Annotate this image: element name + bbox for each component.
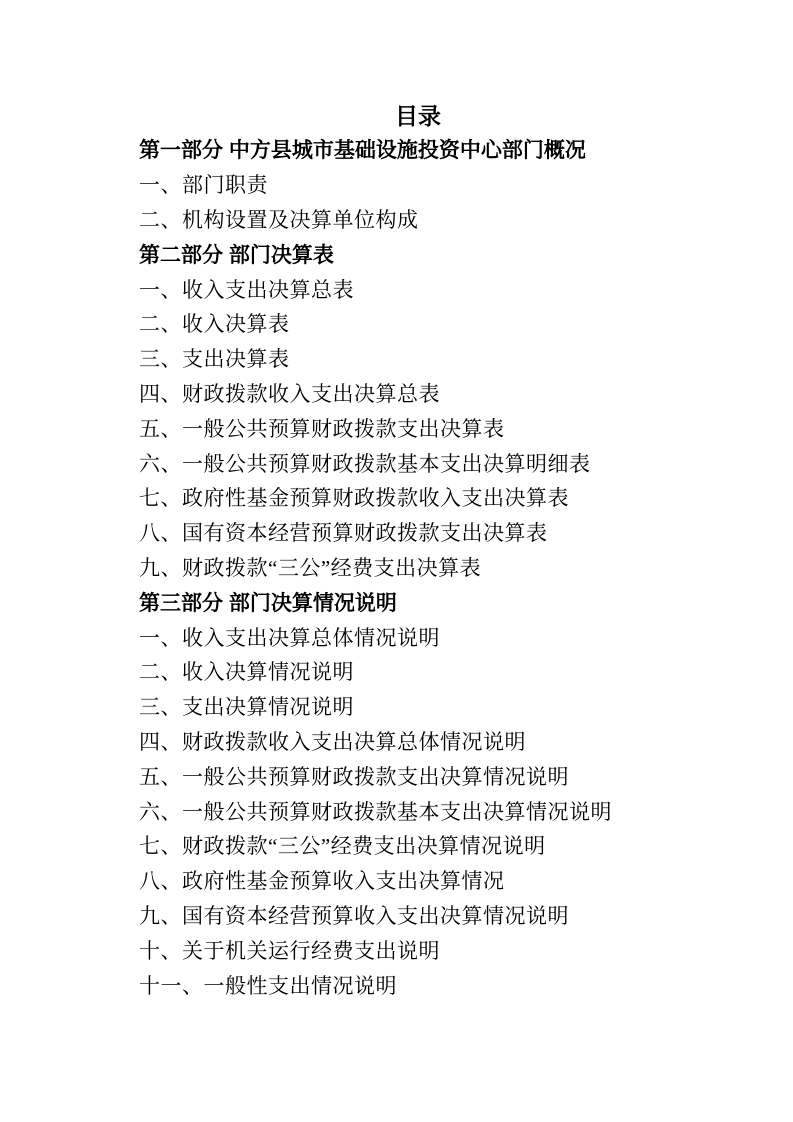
- toc-item: 十一、一般性支出情况说明: [139, 967, 697, 1002]
- toc-item: 六、一般公共预算财政拨款基本支出决算情况说明: [139, 793, 697, 828]
- toc-item: 九、国有资本经营预算收入支出决算情况说明: [139, 898, 697, 933]
- toc-item: 一、收入支出决算总体情况说明: [139, 619, 697, 654]
- toc-item: 五、一般公共预算财政拨款支出决算情况说明: [139, 758, 697, 793]
- section-heading: 第一部分 中方县城市基础设施投资中心部门概况: [139, 132, 697, 167]
- toc-item: 四、财政拨款收入支出决算总表: [139, 376, 697, 411]
- document-page: 目录第一部分 中方县城市基础设施投资中心部门概况一、部门职责二、机构设置及决算单…: [0, 0, 793, 1122]
- toc-item: 二、机构设置及决算单位构成: [139, 202, 697, 237]
- toc-item: 二、收入决算情况说明: [139, 654, 697, 689]
- page-title: 目录: [139, 96, 697, 132]
- toc-item: 三、支出决算表: [139, 341, 697, 376]
- toc-item: 六、一般公共预算财政拨款基本支出决算明细表: [139, 445, 697, 480]
- toc-item: 七、政府性基金预算财政拨款收入支出决算表: [139, 480, 697, 515]
- section-heading: 第三部分 部门决算情况说明: [139, 584, 697, 619]
- toc-item: 一、收入支出决算总表: [139, 271, 697, 306]
- toc-item: 五、一般公共预算财政拨款支出决算表: [139, 410, 697, 445]
- toc-item: 八、政府性基金预算收入支出决算情况: [139, 863, 697, 898]
- section-heading: 第二部分 部门决算表: [139, 236, 697, 271]
- toc-item: 八、国有资本经营预算财政拨款支出决算表: [139, 515, 697, 550]
- toc-content: 目录第一部分 中方县城市基础设施投资中心部门概况一、部门职责二、机构设置及决算单…: [139, 96, 697, 1002]
- toc-item: 七、财政拨款“三公”经费支出决算情况说明: [139, 828, 697, 863]
- toc-item: 十、关于机关运行经费支出说明: [139, 932, 697, 967]
- toc-item: 四、财政拨款收入支出决算总体情况说明: [139, 724, 697, 759]
- toc-item: 一、部门职责: [139, 167, 697, 202]
- toc-item: 二、收入决算表: [139, 306, 697, 341]
- toc-item: 三、支出决算情况说明: [139, 689, 697, 724]
- toc-item: 九、财政拨款“三公”经费支出决算表: [139, 550, 697, 585]
